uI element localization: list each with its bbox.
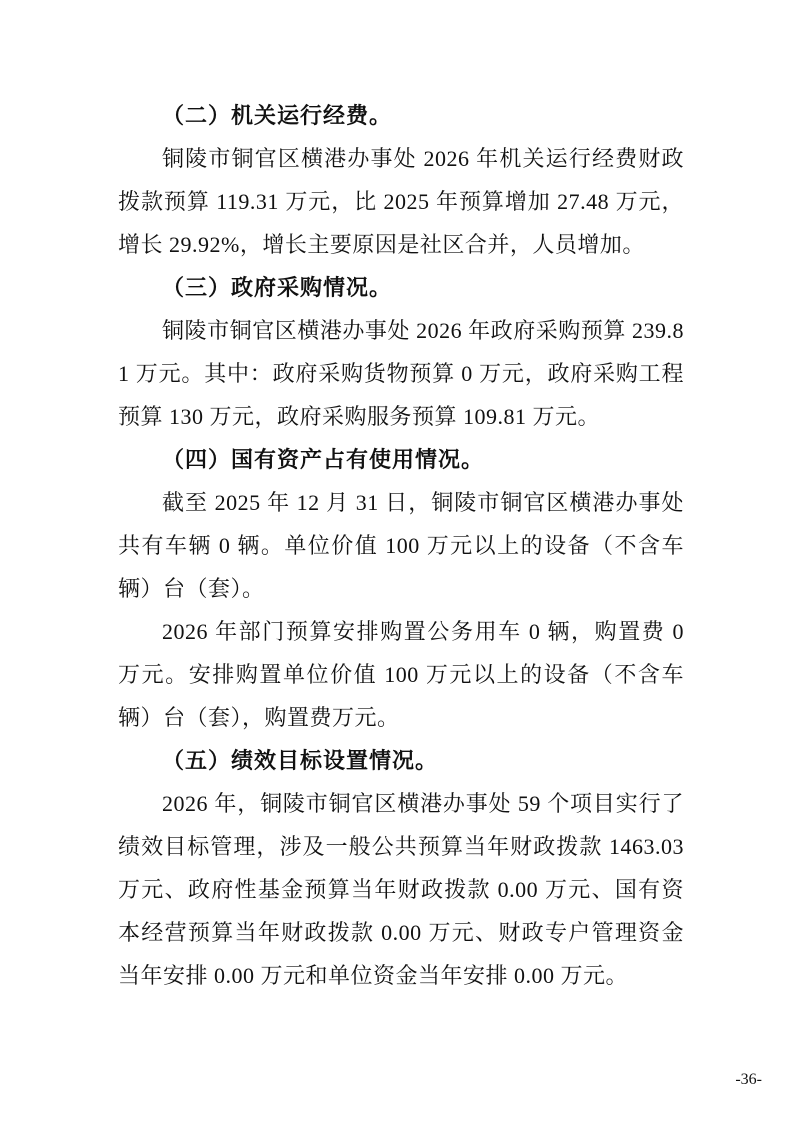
page-number: -36- (735, 1068, 762, 1092)
document-page: （二）机关运行经费。 铜陵市铜官区横港办事处 2026 年机关运行经费财政拨款预… (0, 0, 793, 1122)
section-heading-government-procurement: （三）政府采购情况。 (118, 266, 684, 309)
paragraph-state-owned-assets-purchases: 2026 年部门预算安排购置公务用车 0 辆，购置费 0 万元。安排购置单位价值… (118, 610, 684, 739)
section-heading-state-owned-assets: （四）国有资产占有使用情况。 (118, 438, 684, 481)
section-heading-office-operating-funds: （二）机关运行经费。 (118, 94, 684, 137)
section-heading-performance-targets: （五）绩效目标设置情况。 (118, 739, 684, 782)
paragraph-state-owned-assets-vehicles: 截至 2025 年 12 月 31 日，铜陵市铜官区横港办事处共有车辆 0 辆。… (118, 481, 684, 610)
paragraph-performance-targets: 2026 年，铜陵市铜官区横港办事处 59 个项目实行了绩效目标管理，涉及一般公… (118, 782, 684, 997)
paragraph-government-procurement: 铜陵市铜官区横港办事处 2026 年政府采购预算 239.81 万元。其中：政府… (118, 309, 684, 438)
paragraph-office-operating-funds: 铜陵市铜官区横港办事处 2026 年机关运行经费财政拨款预算 119.31 万元… (118, 137, 684, 266)
document-body: （二）机关运行经费。 铜陵市铜官区横港办事处 2026 年机关运行经费财政拨款预… (118, 94, 684, 997)
